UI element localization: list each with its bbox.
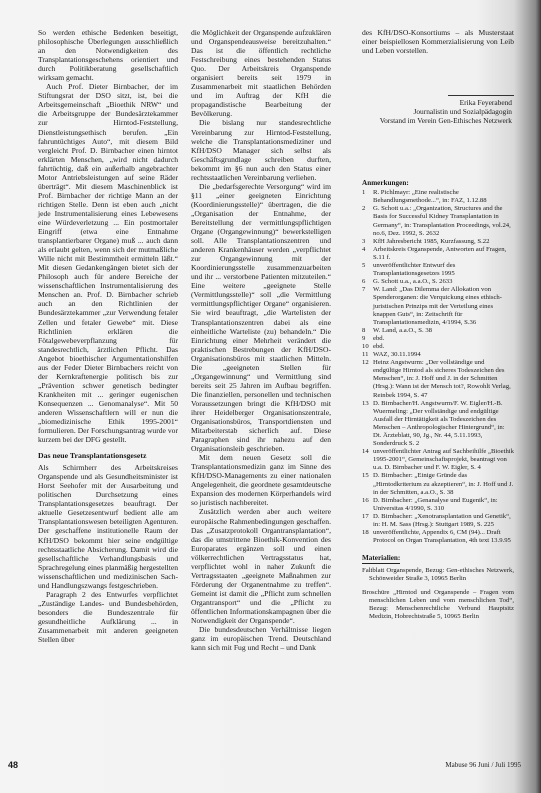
footnote: 14unveröffentlichter Antrag auf Sachbeih… [362, 448, 514, 472]
footnote: 3KfH Jahresbericht 1985, Kurzfassung, S.… [362, 238, 514, 246]
paragraph: Als Schirmherr des Arbeitskreises Organs… [38, 463, 178, 590]
footnote: 4Arbeitskreis Organspende, Antworten auf… [362, 246, 514, 262]
page-number: 48 [8, 760, 18, 770]
paragraph: Die bislang nur standesrechtliche Verein… [191, 118, 331, 181]
materials-heading: Materialien: [362, 554, 400, 564]
paragraph: Die „bedarfsgerechte Versorgung“ wird im… [191, 182, 331, 453]
paragraph: Paragraph 2 des Entwurfes verpflichtet „… [38, 590, 178, 644]
footnote: 5unveröffentlichter Entwurf des Transpla… [362, 262, 514, 278]
footnote: 11WAZ, 30.11.1994 [362, 351, 514, 359]
footnote: 9ebd. [362, 335, 514, 343]
footnote: 1R. Pichlmayr: „Eine realistische Behand… [362, 189, 514, 205]
footnotes-list: 1R. Pichlmayr: „Eine realistische Behand… [362, 189, 514, 545]
footnote: 2G. Schott u.a.: „Organization, Structur… [362, 205, 514, 237]
column-3: des KfH/DSO-Konsortiums – als Musterstaa… [362, 28, 514, 626]
author-name: Erika Feyerabend [362, 98, 512, 107]
author-signature: Erika Feyerabend Journalistin und Sozial… [362, 98, 514, 125]
material-item: Broschüre „Hirntod und Organspende – Fra… [362, 589, 514, 621]
paragraph: Die bundesdeutschen Verhältnisse liegen … [191, 625, 331, 652]
footnote: 10ebd. [362, 343, 514, 351]
notes-heading: Anmerkungen: [362, 179, 514, 188]
footnote: 16D. Birnbacher: „Genanalyse und Eugenik… [362, 497, 514, 513]
column-2: die Möglichkeit der Organspende aufzuklä… [191, 28, 331, 652]
footnote: 6G. Schott u.a., a.a.O., S. 2633 [362, 278, 514, 286]
paragraph: Auch Prof. Dieter Birnbacher, der im Sti… [38, 82, 178, 444]
footnote: 7W. Land: „Das Dilemma der Allokation vo… [362, 286, 514, 326]
footnote: 18unveröffentlichte, Appendix 6, CM (94)… [362, 529, 514, 545]
footnote: 8W. Land, a.a.O., S. 38 [362, 327, 514, 335]
column-1: So werden ethische Bedenken beseitigt, p… [38, 28, 178, 644]
footnote: 17D. Birnbacher: „Xenotransplantation un… [362, 513, 514, 529]
paragraph: Mit dem neuen Gesetz soll die Transplant… [191, 453, 331, 507]
paragraph: Zusätzlich werden aber auch weitere euro… [191, 507, 331, 625]
paragraph: des KfH/DSO-Konsortiums – als Musterstaa… [362, 28, 514, 55]
section-heading: Das neue Transplantationsgesetz [38, 451, 178, 460]
paragraph: So werden ethische Bedenken beseitigt, p… [38, 28, 178, 82]
signature-rule [448, 95, 514, 96]
running-footer: Mabuse 96 Juni / Juli 1995 [445, 761, 521, 769]
footnote: 12Heinz Angstwurm: „Der vollständige und… [362, 359, 514, 399]
footnote: 15D. Birnbacher: „Einige Gründe das „Hir… [362, 472, 514, 496]
author-affiliation: Vorstand im Verein Gen-Ethisches Netzwer… [362, 116, 512, 125]
magazine-page: So werden ethische Bedenken beseitigt, p… [0, 0, 541, 793]
footnote: 13D. Birnbacher/H. Angstwurm/F. W. Eigle… [362, 400, 514, 449]
author-role: Journalistin und Sozialpädagogin [362, 107, 512, 116]
material-item: Faltblatt Organspende, Bezug: Gen-ethisc… [362, 567, 514, 583]
paragraph: die Möglichkeit der Organspende aufzuklä… [191, 28, 331, 118]
